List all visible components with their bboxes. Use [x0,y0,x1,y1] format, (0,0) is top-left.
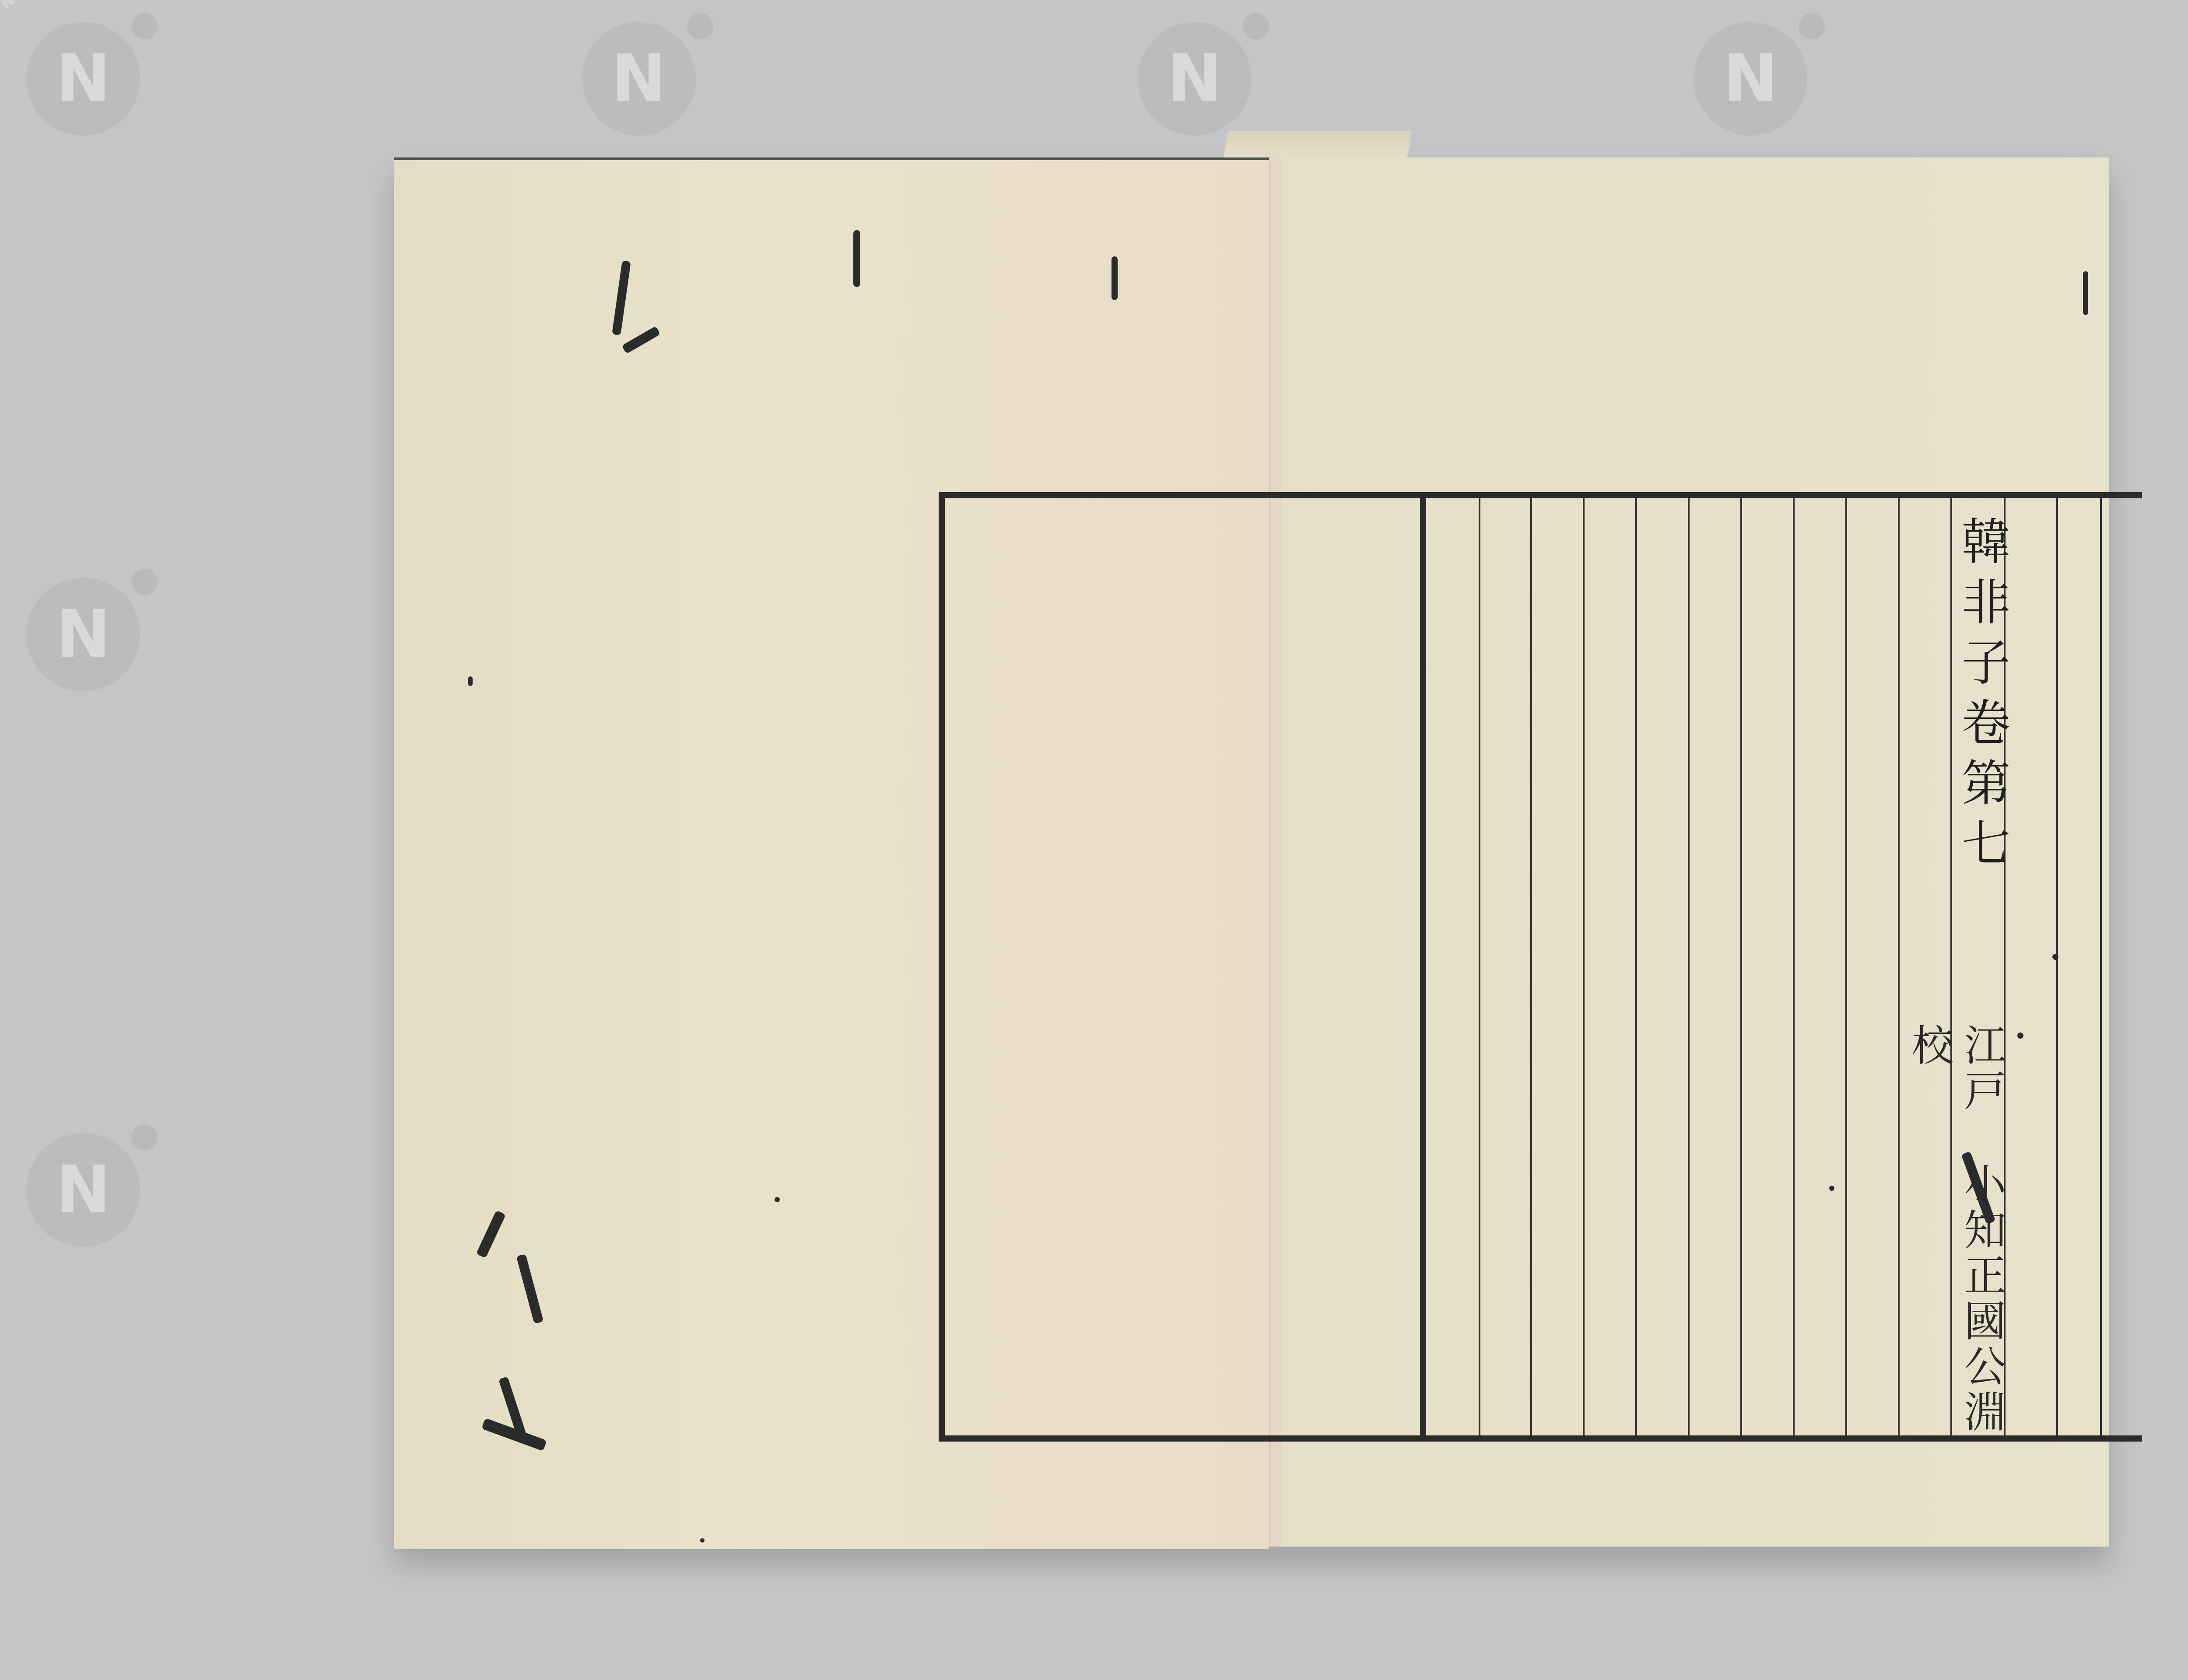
watermark-glyph: N [1723,41,1778,117]
column-rule [1950,498,1952,1435]
watermark-dot [1243,13,1269,39]
column-rule [1740,498,1742,1435]
editor-place: 江戸 [1957,1023,2006,1114]
column-rule [1635,498,1637,1435]
wormhole-damage [622,326,661,354]
watermark-logo: N [1694,22,1807,136]
watermark-logo: N [26,1133,140,1247]
watermark-dot [131,569,158,595]
wormhole-damage [516,1254,544,1324]
column-rule [2100,498,2102,1435]
wormhole-damage [476,1210,506,1258]
watermark-text: NISHOGAKUSHA [0,0,129,13]
watermark-logo: N [1138,22,1252,136]
wormhole-damage [853,230,860,287]
column-rule [1479,498,1480,1435]
editor-attribution: 江戸小知正國公淵校 [1956,1023,2008,1435]
watermark-logo: N [582,22,696,136]
watermark-glyph: N [56,41,111,117]
column-rule [1793,498,1795,1435]
wormhole-damage [700,1538,705,1543]
watermark-glyph: N [56,596,111,672]
ink-spot [775,1197,780,1202]
watermark-dot [131,13,158,39]
printed-text-frame-block: 韓非子卷第七 江戸小知正國公淵校 [1420,492,2142,1442]
watermark-dot [1799,13,1825,39]
ink-spot [468,676,473,686]
column-rule [1898,498,1900,1435]
wormhole-damage [1112,256,1118,300]
watermark-glyph: N [1167,41,1222,117]
book-spread: 韓非子卷第七 江戸小知正國公淵校 [394,157,2109,1547]
wormhole-damage [612,260,631,335]
watermark-glyph: N [611,41,666,117]
volume-title: 韓非子卷第七 [1956,516,2008,878]
column-rule [1583,498,1585,1435]
watermark-dot [131,1124,158,1151]
watermark-dot [687,13,713,39]
column-rule [1688,498,1690,1435]
column-rule [1845,498,1847,1435]
wormhole-damage [2083,271,2088,315]
column-rule [1530,498,1532,1435]
column-rule [2056,498,2058,1435]
watermark-logo: NISHOGAKUSHAN [26,22,140,136]
watermark-glyph: N [56,1152,111,1228]
watermark-logo: N [26,577,140,691]
